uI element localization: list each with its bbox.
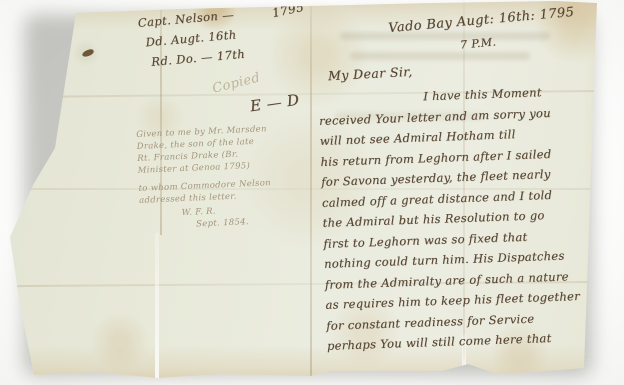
photo-stage: 1795 Capt. Nelson — Dd. Augt. 16th Rd. D… [0, 0, 624, 385]
ink-speck [81, 48, 94, 57]
letter-time: 7 P.M. [460, 35, 497, 51]
letter-salutation: My Dear Sir, [328, 64, 413, 83]
provenance-date: Sept. 1854. [196, 215, 273, 230]
bleedthrough-smudge [340, 32, 550, 40]
fold-tear-left [155, 233, 159, 378]
letter-body: I have this Moment received Your letter … [318, 81, 582, 356]
provenance-note: Given to me by Mr. Marsden Drake, the so… [136, 123, 273, 233]
docket-block: Capt. Nelson — Dd. Augt. 16th Rd. Do. — … [137, 4, 246, 73]
bleedthrough-smudge [350, 52, 530, 60]
letter-paper: 1795 Capt. Nelson — Dd. Augt. 16th Rd. D… [0, 0, 624, 385]
docket-year: 1795 [271, 0, 305, 20]
